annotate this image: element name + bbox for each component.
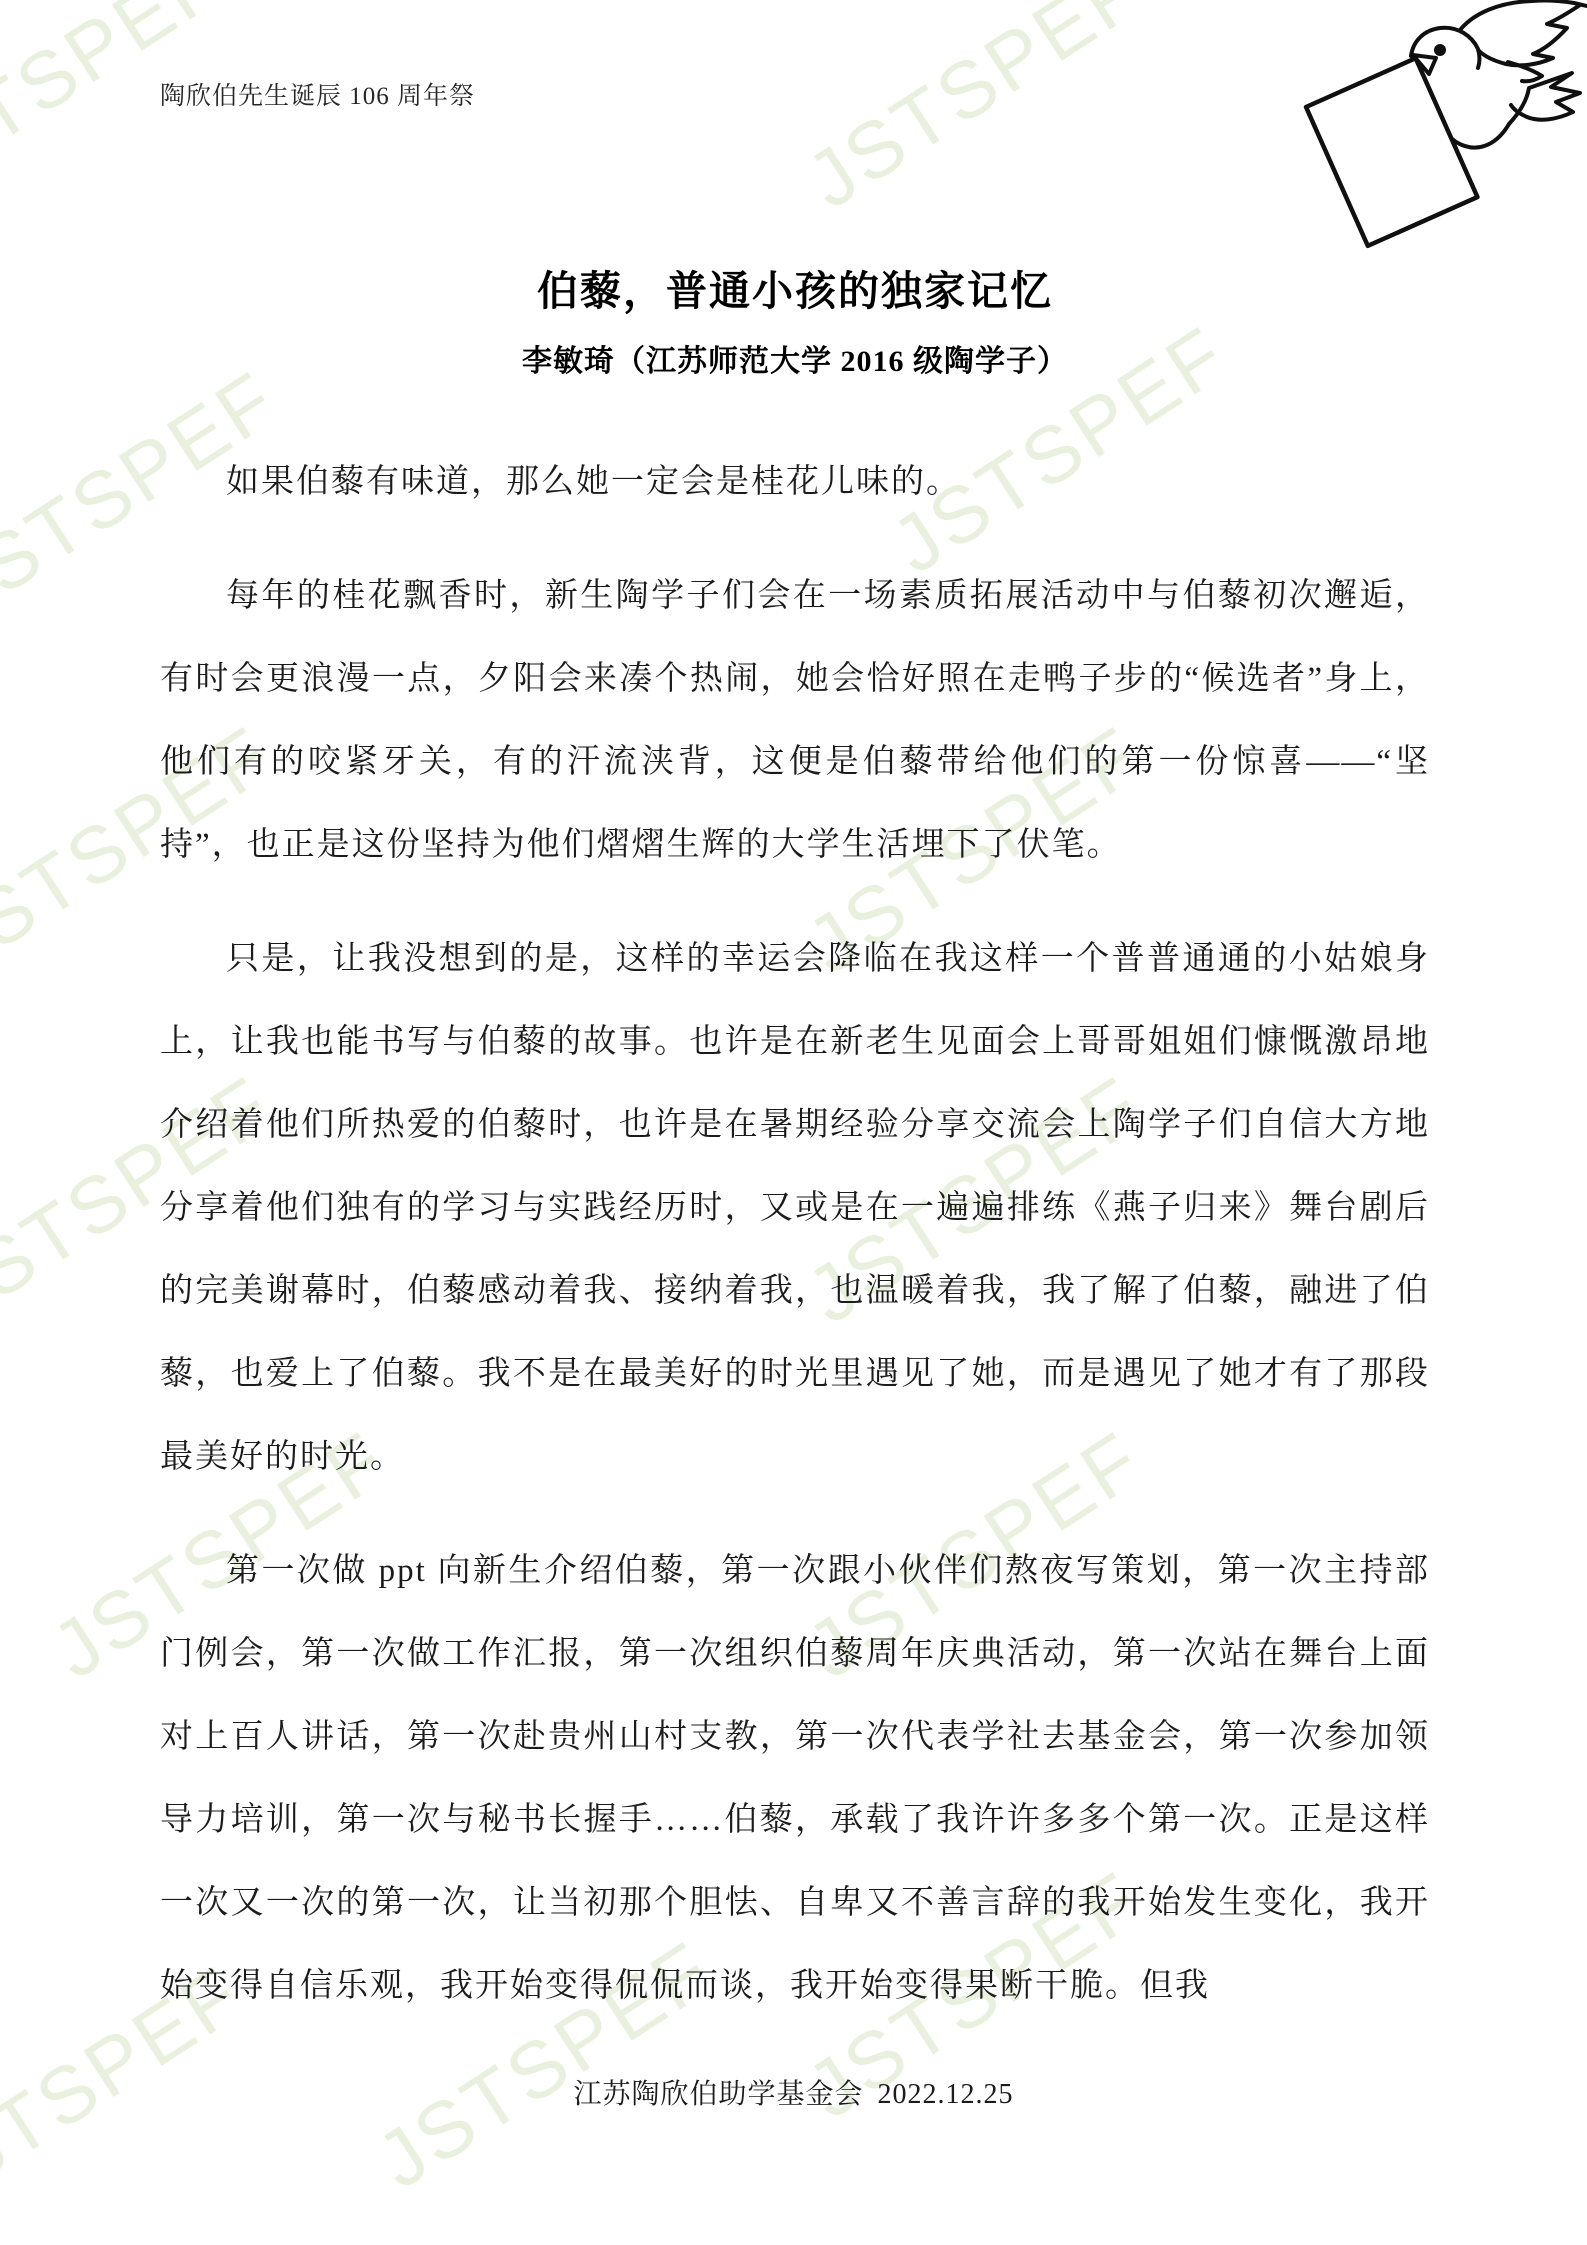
article-title: 伯藜，普通小孩的独家记忆	[160, 263, 1430, 319]
page-header-text: 陶欣伯先生诞辰 106 周年祭	[160, 76, 475, 112]
footer-org: 江苏陶欣伯助学基金会	[573, 2079, 863, 2110]
article-byline: 李敏琦（江苏师范大学 2016 级陶学子）	[160, 340, 1430, 384]
dove-with-letter-icon	[1250, 0, 1587, 280]
paragraph: 第一次做 ppt 向新生介绍伯藜，第一次跟小伙伴们熬夜写策划，第一次主持部门例会…	[160, 1530, 1430, 2028]
watermark-text: JSTSPEF	[791, 0, 1159, 227]
document-page: JSTSPEF JSTSPEF JSTSPEF JSTSPEF JSTSPEF …	[0, 0, 1587, 2245]
paragraph: 每年的桂花飘香时，新生陶学子们会在一场素质拓展活动中与伯藜初次邂逅，有时会更浪漫…	[160, 555, 1430, 887]
paragraph: 如果伯藜有味道，那么她一定会是桂花儿味的。	[160, 441, 1430, 524]
page-footer: 江苏陶欣伯助学基金会2022.12.25	[0, 2072, 1587, 2112]
article-body: 如果伯藜有味道，那么她一定会是桂花儿味的。 每年的桂花飘香时，新生陶学子们会在一…	[160, 441, 1430, 2059]
footer-date: 2022.12.25	[878, 2079, 1014, 2110]
paragraph: 只是，让我没想到的是，这样的幸运会降临在我这样一个普普通通的小姑娘身上，让我也能…	[160, 918, 1430, 1499]
